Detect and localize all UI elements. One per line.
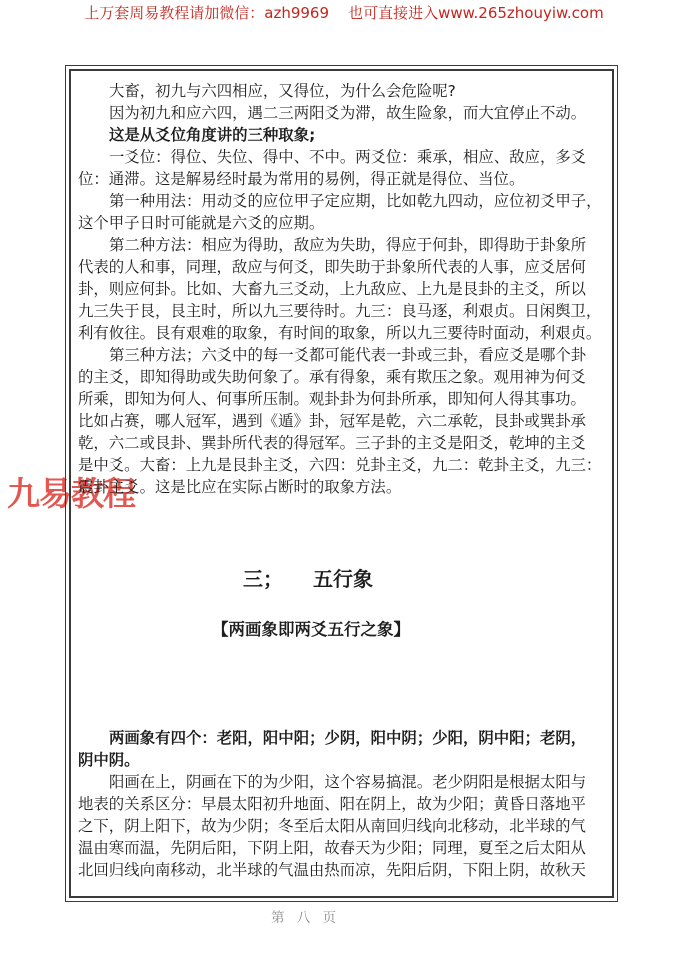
text-line: 所乘，即知为何人、何事所压制。观卦卦为何卦所承，即知何人得其事功。: [78, 388, 604, 410]
text-line: 温由寒而温，先阴后阳，下阴上阳，故春天为少阳；同理，夏至之后太阳从: [78, 837, 604, 859]
text-line: 乾，六二或艮卦、巽卦所代表的得冠军。三子卦的主爻是阳爻，乾坤的主爻: [78, 432, 604, 454]
header-contact-line: 上万套周易教程请加微信：azh9969 也可直接进入www.265zhouyiw…: [0, 3, 688, 23]
vertical-spacer: [78, 640, 604, 727]
text-line: 第二种方法：相应为得助，敌应为失助，得应于何卦，即得助于卦象所: [78, 234, 604, 256]
text-line: 利有攸往。艮有艰难的取象，有时间的取象，所以九三要待时面动，利艰贞。: [78, 322, 604, 344]
text-line: 的主爻，即知得助或失助何象了。承有得象，乘有欺压之象。观用神为何爻: [78, 366, 604, 388]
text-line: 之下，阴上阳下，故为少阴；冬至后太阳从南回归线向北移动，北半球的气: [78, 815, 604, 837]
text-line: 因为初九和应六四，遇二三两阳爻为滞，故生险象，而大宜停止不动。: [78, 102, 604, 124]
vertical-spacer: [78, 498, 604, 566]
text-line: 九三失于艮，艮主时，所以九三要待时。九三：良马逐，利艰贞。日闲舆卫，: [78, 300, 604, 322]
document-frame-inner: 大畜，初九与六四相应，又得位，为什么会危险呢?因为初九和应六四，遇二三两阳爻为滞…: [69, 69, 614, 898]
text-line: 代表的人和事，同理，敌应与何爻，即失助于卦象所代表的人事，应爻居何: [78, 256, 604, 278]
text-line: 阴中阴。: [78, 749, 604, 771]
page: { "header": { "text": "上万套周易教程请加微信：azh99…: [0, 0, 688, 972]
text-line: 是中爻。大畜：上九是艮卦主爻，六四：兑卦主爻，九二：乾卦主爻，九三：: [78, 454, 604, 476]
section-title: 三； 五行象: [69, 566, 571, 592]
text-line: 一爻位：得位、失位、得中、不中。两爻位：乘承，相应、敌应，多爻: [78, 146, 604, 168]
text-line: 阳画在上，阴画在下的为少阳，这个容易搞混。老少阴阳是根据太阳与: [78, 771, 604, 793]
vertical-spacer: [78, 592, 604, 619]
document-frame: 大畜，初九与六四相应，又得位，为什么会危险呢?因为初九和应六四，遇二三两阳爻为滞…: [65, 65, 618, 902]
text-line: 这是从爻位角度讲的三种取象;: [78, 124, 604, 146]
text-line: 第一种用法：用动爻的应位甲子定应期，比如乾九四动，应位初爻甲子，: [78, 190, 604, 212]
text-line: 两画象有四个：老阳，阳中阳；少阴，阳中阴；少阳，阴中阳；老阴，: [78, 727, 604, 749]
text-line: 比如占赛，哪人冠军，遇到《遁》卦，冠军是乾，六二承乾，艮卦或巽卦承: [78, 410, 604, 432]
text-line: 北回归线向南移动，北半球的气温由热而凉，先阳后阴，下阳上阴，故秋天: [78, 859, 604, 881]
text-line: 卦，则应何卦。比如、大畜九三爻动，上九敌应、上九是艮卦的主爻，所以: [78, 278, 604, 300]
text-line: 位：通滞。这是解易经时最为常用的易例，得正就是得位、当位。: [78, 168, 604, 190]
text-line: 震卦主爻。这是比应在实际占断时的取象方法。: [78, 476, 604, 498]
section-subtitle: 【两画象即两爻五行之象】: [69, 619, 574, 640]
text-line: 大畜，初九与六四相应，又得位，为什么会危险呢?: [78, 80, 604, 102]
page-number: 第 八 页: [29, 906, 582, 926]
document-body: 大畜，初九与六四相应，又得位，为什么会危险呢?因为初九和应六四，遇二三两阳爻为滞…: [78, 80, 604, 881]
text-line: 第三种方法；六爻中的每一爻都可能代表一卦或三卦，看应爻是哪个卦: [78, 344, 604, 366]
text-line: 地表的关系区分：早晨太阳初升地面、阳在阴上，故为少阳；黄昏日落地平: [78, 793, 604, 815]
text-line: 这个甲子日时可能就是六爻的应期。: [78, 212, 604, 234]
